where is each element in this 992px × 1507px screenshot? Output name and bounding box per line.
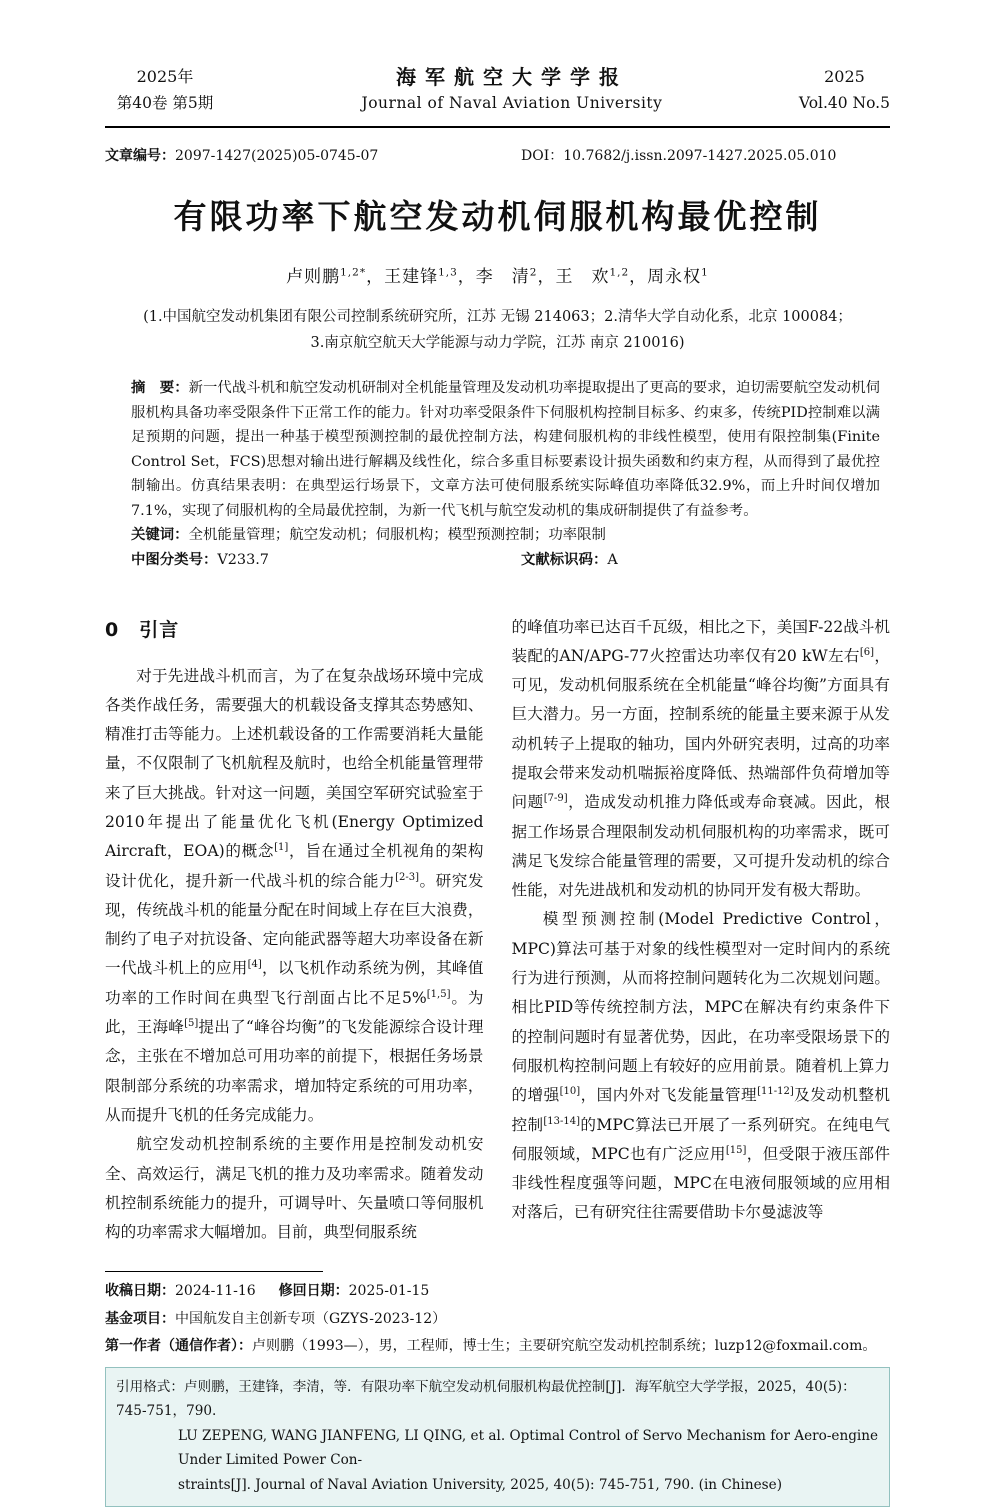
fund-label: 基金项目： — [105, 1311, 175, 1327]
journal-issue-cn: 第40卷 第5期 — [105, 90, 225, 116]
abstract-body: 新一代战斗机和航空发动机研制对全机能量管理及发动机功率提取提出了更高的要求，迫切… — [131, 380, 880, 519]
citation-marker: [10] — [560, 1086, 581, 1097]
author-name: 卢则鹏1,2* — [286, 267, 366, 287]
journal-header-left: 2025年 第40卷 第5期 — [105, 64, 225, 116]
right-column: 的峰值功率已达百千瓦级，相比之下，美国F-22战斗机装配的AN/APG-77火控… — [512, 613, 891, 1248]
author-affiliation-marker: 1,2 — [609, 266, 629, 278]
header-divider — [105, 126, 890, 128]
body-paragraph: 对于先进战斗机而言，为了在复杂战场环境中完成各类作战任务，需要强大的机载设备支撑… — [105, 662, 484, 1131]
keywords-value: 全机能量管理；航空发动机；伺服机构；模型预测控制；功率限制 — [189, 527, 606, 543]
fund-value: 中国航发自主创新专项（GZYS-2023-12） — [175, 1311, 446, 1327]
citation-box: 引用格式：卢则鹏，王建锋，李清，等．有限功率下航空发动机伺服机构最优控制[J]．… — [105, 1367, 890, 1507]
first-author-label: 第一作者（通信作者）： — [105, 1338, 252, 1354]
received-date: 2024-11-16 — [175, 1283, 256, 1299]
article-number-label: 文章编号： — [105, 148, 175, 164]
body-paragraph: 航空发动机控制系统的主要作用是控制发动机安全、高效运行，满足飞机的推力及功率需求… — [105, 1130, 484, 1247]
affiliation-line: 3.南京航空航天大学能源与动力学院，江苏 南京 210016) — [105, 330, 890, 356]
journal-year-cn: 2025年 — [105, 64, 225, 90]
journal-year-en: 2025 — [799, 64, 890, 90]
fund-line: 基金项目：中国航发自主创新专项（GZYS-2023-12） — [105, 1306, 890, 1334]
affiliations: (1.中国航空发动机集团有限公司控制系统研究所，江苏 无锡 214063；2.清… — [105, 304, 890, 356]
doc-code: 文献标识码：A — [521, 548, 618, 573]
abstract-label: 摘 要： — [131, 380, 189, 396]
journal-title-en: Journal of Naval Aviation University — [362, 90, 663, 116]
clc-label: 中图分类号： — [131, 552, 217, 568]
citation-marker: [6] — [860, 647, 874, 658]
keywords-label: 关键词： — [131, 527, 189, 543]
author-affiliation-marker: 1,2* — [340, 266, 366, 278]
citation-en-line: LU ZEPENG, WANG JIANFENG, LI QING, et al… — [116, 1424, 879, 1473]
first-author-line: 第一作者（通信作者）：卢则鹏（1993—），男，工程师，博士生；主要研究航空发动… — [105, 1333, 890, 1361]
footnote-block: 收稿日期：2024-11-16 修回日期：2025-01-15 基金项目：中国航… — [105, 1271, 890, 1361]
citation-en-line: straints[J]. Journal of Naval Aviation U… — [116, 1473, 879, 1498]
doi-label: DOI： — [521, 148, 563, 164]
paper-page: 2025年 第40卷 第5期 海军航空大学学报 Journal of Naval… — [0, 0, 992, 1507]
citation-marker: [11-12] — [757, 1086, 794, 1097]
author-name: 周永权1 — [647, 267, 709, 287]
doc-code-value: A — [607, 552, 617, 568]
doi: DOI：10.7682/j.issn.2097-1427.2025.05.010 — [521, 145, 836, 165]
abstract-text: 摘 要：新一代战斗机和航空发动机研制对全机能量管理及发动机功率提取提出了更高的要… — [131, 376, 880, 523]
citation-marker: [7-9] — [544, 793, 568, 804]
body-columns: 0 引言 对于先进战斗机而言，为了在复杂战场环境中完成各类作战任务，需要强大的机… — [105, 613, 890, 1248]
citation-marker: [1,5] — [427, 989, 451, 1000]
citation-marker: [15] — [726, 1145, 747, 1156]
journal-header-right: 2025 Vol.40 No.5 — [799, 64, 890, 116]
citation-marker: [5] — [184, 1018, 198, 1029]
abstract-block: 摘 要：新一代战斗机和航空发动机研制对全机能量管理及发动机功率提取提出了更高的要… — [131, 376, 880, 573]
author-affiliation-marker: 1,3 — [438, 266, 458, 278]
body-paragraph: 模型预测控制(Model Predictive Control，MPC)算法可基… — [512, 905, 891, 1227]
section-heading-introduction: 0 引言 — [105, 615, 484, 642]
citation-marker: [1] — [274, 842, 288, 853]
author-name: 李 清2 — [476, 267, 538, 287]
citation-label: 引用格式： — [116, 1379, 184, 1395]
doc-code-label: 文献标识码： — [521, 552, 607, 568]
author-affiliation-marker: 2 — [530, 266, 538, 278]
doi-value: 10.7682/j.issn.2097-1427.2025.05.010 — [563, 148, 836, 164]
left-column: 0 引言 对于先进战斗机而言，为了在复杂战场环境中完成各类作战任务，需要强大的机… — [105, 613, 484, 1248]
author-name: 王 欢1,2 — [555, 267, 629, 287]
keywords-line: 关键词：全机能量管理；航空发动机；伺服机构；模型预测控制；功率限制 — [131, 523, 880, 548]
footnote-divider — [105, 1271, 323, 1272]
clc-value: V233.7 — [217, 552, 269, 568]
affiliation-line: (1.中国航空发动机集团有限公司控制系统研究所，江苏 无锡 214063；2.清… — [105, 304, 890, 330]
author-name: 王建锋1,3 — [384, 267, 458, 287]
citation-cn: 引用格式：卢则鹏，王建锋，李清，等．有限功率下航空发动机伺服机构最优控制[J]．… — [116, 1375, 879, 1424]
paper-title: 有限功率下航空发动机伺服机构最优控制 — [105, 191, 890, 238]
dates-line: 收稿日期：2024-11-16 修回日期：2025-01-15 — [105, 1278, 890, 1306]
journal-header-center: 海军航空大学学报 Journal of Naval Aviation Unive… — [362, 64, 663, 116]
citation-marker: [13-14] — [543, 1115, 580, 1126]
revised-date: 2025-01-15 — [349, 1283, 430, 1299]
revised-label: 修回日期： — [279, 1283, 349, 1299]
article-number-value: 2097-1427(2025)05-0745-07 — [175, 148, 378, 164]
citation-marker: [2-3] — [395, 871, 419, 882]
citation-cn-text: 卢则鹏，王建锋，李清，等．有限功率下航空发动机伺服机构最优控制[J]．海军航空大… — [116, 1379, 856, 1420]
clc-line: 中图分类号：V233.7 文献标识码：A — [131, 548, 880, 573]
first-author-info: 卢则鹏（1993—），男，工程师，博士生；主要研究航空发动机控制系统；luzp1… — [252, 1338, 876, 1354]
article-number: 文章编号：2097-1427(2025)05-0745-07 — [105, 148, 378, 164]
journal-title-cn: 海军航空大学学报 — [362, 64, 663, 90]
clc: 中图分类号：V233.7 — [131, 552, 269, 568]
body-paragraph: 的峰值功率已达百千瓦级，相比之下，美国F-22战斗机装配的AN/APG-77火控… — [512, 613, 891, 906]
author-list: 卢则鹏1,2*，王建锋1,3，李 清2，王 欢1,2，周永权1 — [105, 262, 890, 287]
journal-issue-en: Vol.40 No.5 — [799, 90, 890, 116]
received-label: 收稿日期： — [105, 1283, 175, 1299]
author-affiliation-marker: 1 — [701, 266, 709, 278]
citation-marker: [4] — [248, 959, 262, 970]
journal-header: 2025年 第40卷 第5期 海军航空大学学报 Journal of Naval… — [105, 64, 890, 116]
article-meta-row: 文章编号：2097-1427(2025)05-0745-07 DOI：10.76… — [105, 145, 890, 165]
